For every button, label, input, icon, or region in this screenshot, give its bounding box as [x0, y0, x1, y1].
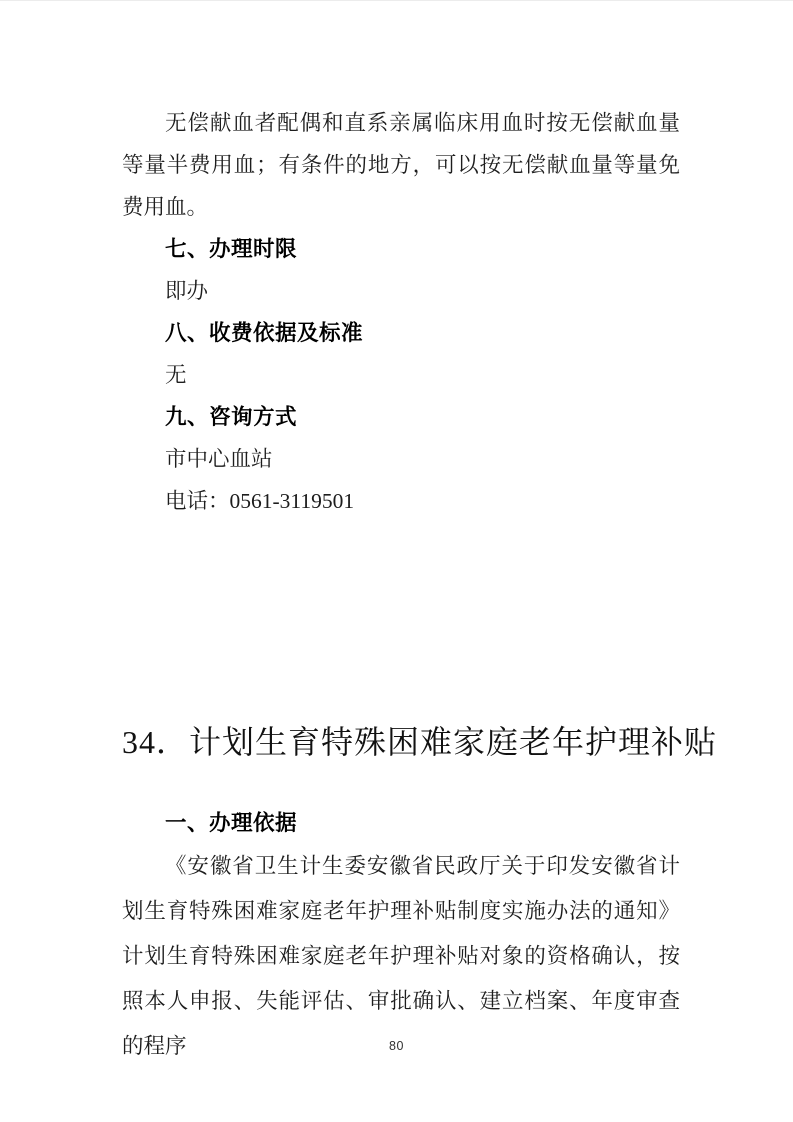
- fee-basis-standard-heading: 八、收费依据及标准: [122, 312, 680, 354]
- page-number: 80: [389, 1039, 404, 1053]
- chapter-title-text: 计划生育特殊困难家庭老年护理补贴: [189, 724, 717, 760]
- page-content: 无偿献血者配偶和直系亲属临床用血时按无偿献血量等量半费用血；有条件的地方，可以按…: [122, 102, 680, 1069]
- handling-basis-heading: 一、办理依据: [122, 802, 680, 844]
- document-page: 无偿献血者配偶和直系亲属临床用血时按无偿献血量等量半费用血；有条件的地方，可以按…: [0, 0, 793, 1122]
- processing-time-limit-value: 即办: [122, 270, 680, 312]
- processing-time-limit-heading: 七、办理时限: [122, 228, 680, 270]
- consultation-organization: 市中心血站: [122, 438, 680, 480]
- handling-basis-paragraph: 《安徽省卫生计生委安徽省民政厅关于印发安徽省计划生育特殊困难家庭老年护理补贴制度…: [122, 844, 680, 1069]
- chapter-number: 34．: [122, 724, 189, 760]
- consultation-method-heading: 九、咨询方式: [122, 396, 680, 438]
- consultation-phone: 电话：0561-3119501: [122, 480, 680, 522]
- page-footer: 80: [0, 1037, 793, 1055]
- blood-use-policy-paragraph: 无偿献血者配偶和直系亲属临床用血时按无偿献血量等量半费用血；有条件的地方，可以按…: [122, 102, 680, 228]
- chapter-34-title: 34．计划生育特殊困难家庭老年护理补贴: [122, 720, 680, 764]
- fee-basis-standard-value: 无: [122, 354, 680, 396]
